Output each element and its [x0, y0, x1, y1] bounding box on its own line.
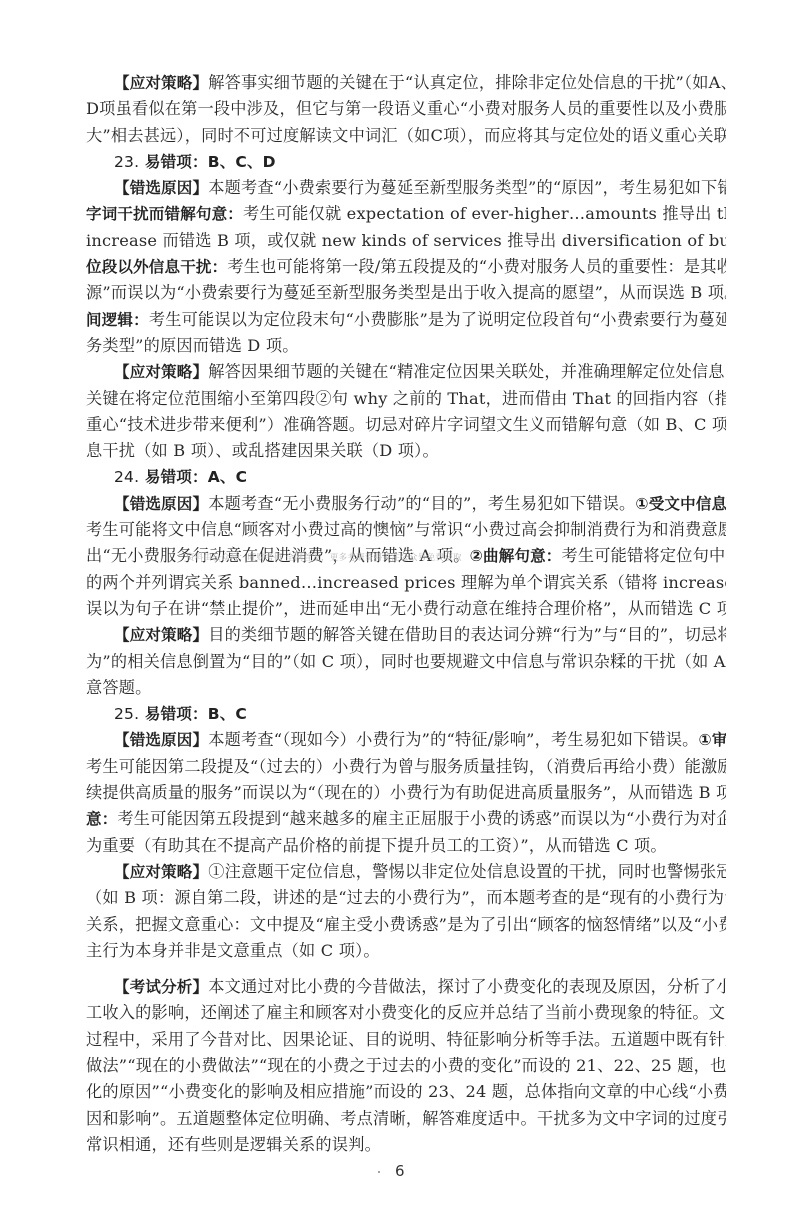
reason-label: 【错选原因】: [114, 731, 208, 749]
text-line: 主行为本身并非是文意重点（如 C 项）。: [86, 938, 726, 964]
question-24-block: 24. 易错项：A、C 【错选原因】本题考查“无小费服务行动”的“目的”，考生易…: [86, 464, 726, 701]
question-23-block: 23. 易错项：B、C、D 【错选原因】本题考查“小费索要行为蔓延至新型服务类型…: [86, 149, 726, 465]
text-line: 关系，把握文意重心：文中提及“雇主受小费诱惑”是为了引出“顾客的恼怒情绪”以及“…: [86, 912, 726, 938]
section-gap: [86, 964, 726, 974]
text-line: 工收入的影响，还阐述了雇主和顾客对小费变化的反应并总结了当前小费现象的特征。文章…: [86, 1000, 726, 1026]
watermark-text: 资料由公众号：旺财考研 全网首发，更多考研资料关注公众号免费获取: [186, 551, 462, 563]
question-heading: 23. 易错项：B、C、D: [86, 149, 726, 175]
strategy-label: 【应对策略】: [114, 363, 208, 381]
text-line: 过程中，采用了今昔对比、因果论证、目的说明、特征影响分析等手法。五道题中既有针对…: [86, 1027, 726, 1053]
text-line: 间逻辑：考生可能误以为定位段末句“小费膨胀”是为了说明定位段首句“小费索要行为蔓…: [86, 307, 726, 333]
text-line: 【应对策略】①注意题干定位信息，警惕以非定位处信息设置的干扰，同时也警惕张冠李戴…: [86, 859, 726, 885]
analysis-label: 【考试分析】: [114, 978, 208, 996]
text-line: 【错选原因】本题考查“（现如今）小费行为”的“特征/影响”，考生易犯如下错误。①…: [86, 727, 726, 753]
strategy-label: 【应对策略】: [114, 626, 208, 644]
intro-strategy-block: 【应对策略】解答事实细节题的关键在于“认真定位，排除非定位处信息的干扰”（如A、…: [86, 70, 726, 149]
text-line: 意：考生可能因第五段提到“越来越多的雇主正屈服于小费的诱惑”而误以为“小费行为对…: [86, 806, 726, 832]
text-line: 源”而误以为“小费索要行为蔓延至新型服务类型是出于收入提高的愿望”，从而误选 B…: [86, 280, 726, 306]
question-heading: 24. 易错项：A、C: [86, 464, 726, 490]
text-line: 【考试分析】本文通过对比小费的今昔做法，探讨了小费变化的表现及原因，分析了小费变…: [86, 974, 726, 1000]
exam-analysis-block: 【考试分析】本文通过对比小费的今昔做法，探讨了小费变化的表现及原因，分析了小费变…: [86, 974, 726, 1158]
question-heading: 25. 易错项：B、C: [86, 701, 726, 727]
text-line: 误以为句子在讲“禁止提价”，进而延申出“无小费行动意在维持合理价格”，从而错选 …: [86, 596, 726, 622]
text-line: D项虽看似在第一段中涉及，但它与第一段语义重心“小费对服务人员的重要性以及小费服…: [86, 96, 726, 122]
text-line: 大”相去甚远），同时不可过度解读文中词汇（如C项），而应将其与定位处的语义重心关…: [86, 123, 726, 149]
text-line: 重心“技术进步带来便利”）准确答题。切忌对碎片字词望文生义而错解句意（如 B、C…: [86, 412, 726, 438]
text-line: 做法”“现在的小费做法”“现在的小费之于过去的小费的变化”而设的 21、22、2…: [86, 1053, 726, 1079]
text-line: 字词干扰而错解句意：考生可能仅就 expectation of ever-hig…: [86, 201, 726, 227]
reason-label: 【错选原因】: [114, 179, 208, 197]
text-line: 化的原因”“小费变化的影响及相应措施”而设的 23、24 题，总体指向文章的中心…: [86, 1079, 726, 1105]
page-number: 6: [395, 1162, 405, 1180]
text-line: 的两个并列谓宾关系 banned…increased prices 理解为单个谓…: [86, 570, 726, 596]
text-line: 位段以外信息干扰：考生也可能将第一段/第五段提及的“小费对服务人员的重要性：是其…: [86, 254, 726, 280]
text-line: 考生可能将文中信息“顾客对小费过高的懊恼”与常识“小费过高会抑制消费行为和消费意…: [86, 517, 726, 543]
document-page: 【应对策略】解答事实细节题的关键在于“认真定位，排除非定位处信息的干扰”（如A、…: [86, 70, 726, 1158]
text-line: 【应对策略】解答事实细节题的关键在于“认真定位，排除非定位处信息的干扰”（如A、…: [86, 70, 726, 96]
strategy-label: 【应对策略】: [114, 74, 208, 92]
text-line: 为重要（有助其在不提高产品价格的前提下提升员工的工资）”，从而错选 C 项。: [86, 833, 726, 859]
text-line: 【错选原因】本题考查“无小费服务行动”的“目的”，考生易犯如下错误。①受文中信息…: [86, 491, 726, 517]
text-line: 【应对策略】目的类细节题的解答关键在借助目的表达词分辨“行为”与“目的”，切忌将…: [86, 622, 726, 648]
text-line: 【应对策略】解答因果细节题的关键在“精准定位因果关联处，并准确理解定位处信息”。…: [86, 359, 726, 385]
text-line: 因和影响”。五道题整体定位明确、考点清晰，解答难度适中。干扰多为文中字词的过度引…: [86, 1106, 726, 1132]
question-25-block: 25. 易错项：B、C 【错选原因】本题考查“（现如今）小费行为”的“特征/影响…: [86, 701, 726, 964]
text-line: （如 B 项：源自第二段，讲述的是“过去的小费行为”，而本题考查的是“现有的小费…: [86, 885, 726, 911]
reason-label: 【错选原因】: [114, 495, 208, 513]
text-line: 考生可能因第二段提及“（过去的）小费行为曾与服务质量挂钩，（消费后再给小费）能激…: [86, 754, 726, 780]
text-line: 息干扰（如 B 项）、或乱搭建因果关联（D 项）。: [86, 438, 726, 464]
decorative-dot: [378, 1171, 380, 1173]
text-line: 常识相通，还有些则是逻辑关系的误判。: [86, 1132, 726, 1158]
text-line: increase 而错选 B 项，或仅就 new kinds of servic…: [86, 228, 726, 254]
text-line: 续提供高质量的服务”而误以为“（现在的）小费行为有助促进高质量服务”，从而错选 …: [86, 780, 726, 806]
text-line: 务类型”的原因而错选 D 项。: [86, 333, 726, 359]
text-line: 为”的相关信息倒置为“目的”（如 C 项），同时也要规避文中信息与常识杂糅的干扰…: [86, 649, 726, 675]
text-line: 【错选原因】本题考查“小费索要行为蔓延至新型服务类型”的“原因”，考生易犯如下错…: [86, 175, 726, 201]
strategy-label: 【应对策略】: [114, 863, 208, 881]
text-line: 关键在将定位范围缩小至第四段②句 why 之前的 That，进而借由 That …: [86, 386, 726, 412]
text-line: 意答题。: [86, 675, 726, 701]
